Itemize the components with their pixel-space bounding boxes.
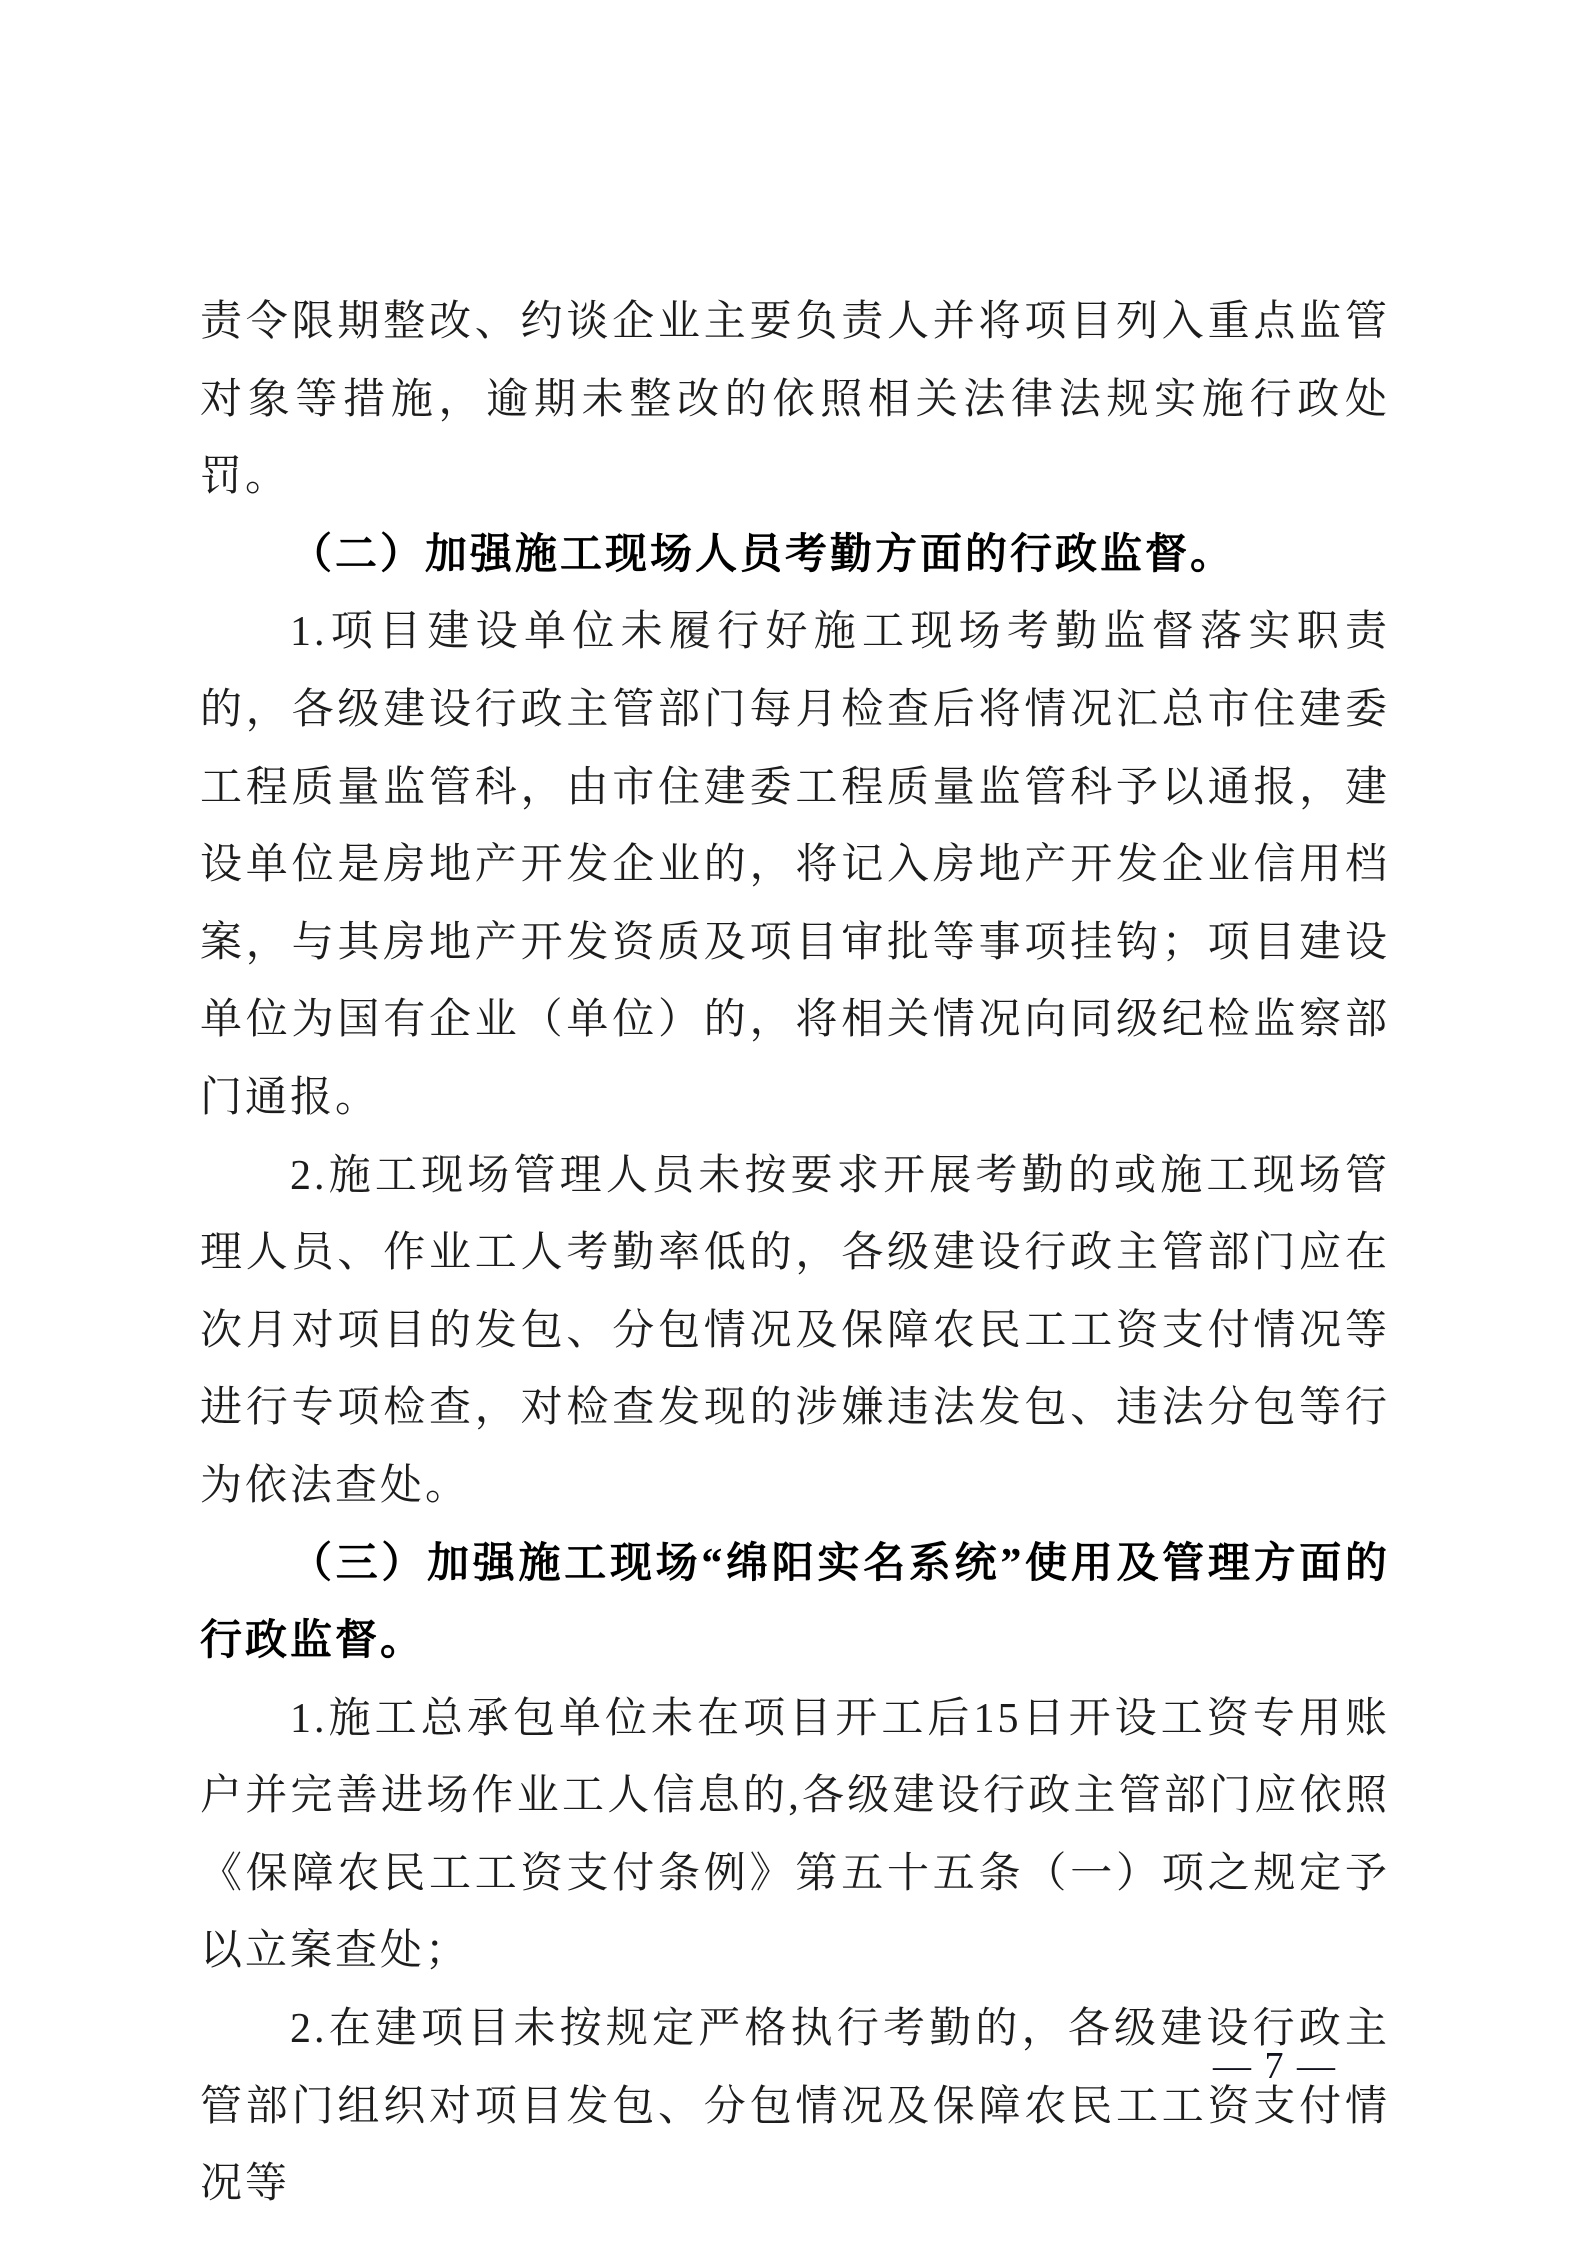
paragraph-item-3: 1.施工总承包单位未在项目开工后15日开设工资专用账户并完善进场作业工人信息的,… [200, 1681, 1390, 1991]
paragraph-item-4: 2.在建项目未按规定严格执行考勤的，各级建设行政主管部门组织对项目发包、分包情况… [200, 1991, 1390, 2224]
document-page: 责令限期整改、约谈企业主要负责人并将项目列入重点监管对象等措施，逾期未整改的依照… [0, 0, 1587, 2245]
page-footer: — 7 — [1213, 2042, 1337, 2090]
section-heading-3: （三）加强施工现场“绵阳实名系统”使用及管理方面的行政监督。 [200, 1526, 1390, 1681]
paragraph-item-1: 1.项目建设单位未履行好施工现场考勤监督落实职责的，各级建设行政主管部门每月检查… [200, 594, 1390, 1137]
paragraph-item-2: 2.施工现场管理人员未按要求开展考勤的或施工现场管理人员、作业工人考勤率低的，各… [200, 1138, 1390, 1526]
paragraph-continuation: 责令限期整改、约谈企业主要负责人并将项目列入重点监管对象等措施，逾期未整改的依照… [200, 284, 1390, 517]
document-body: 责令限期整改、约谈企业主要负责人并将项目列入重点监管对象等措施，逾期未整改的依照… [200, 284, 1390, 2224]
section-heading-2: （二）加强施工现场人员考勤方面的行政监督。 [200, 517, 1390, 595]
page-number: — 7 — [1213, 2045, 1337, 2087]
